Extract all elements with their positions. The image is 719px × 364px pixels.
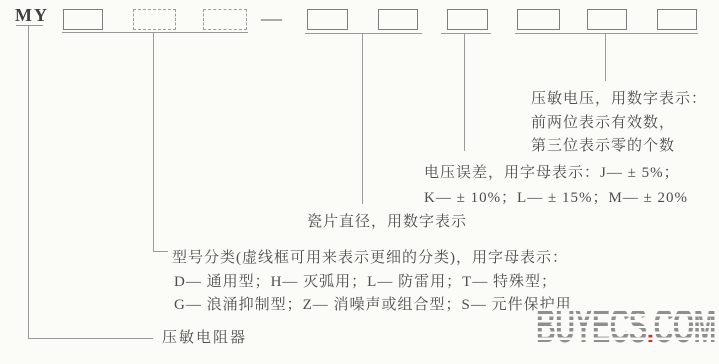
box-diameter-digit-2 <box>378 9 418 30</box>
connector-diameter-vertical <box>362 33 363 204</box>
box-diameter-digit-1 <box>307 9 348 30</box>
box-voltage-digit-3 <box>657 9 697 30</box>
box-subtype-a <box>133 9 176 30</box>
model-prefix-label: MY <box>15 5 49 26</box>
note-type-class-line2: D— 通用型；H— 灭弧用；L— 防雷用；T— 特殊型； <box>174 274 557 291</box>
connector-product-name-horizontal <box>28 338 153 339</box>
connector-type-vertical <box>153 32 154 251</box>
note-type-class-line1: 型号分类(虚线框可用来表示更细的分类)，用字母表示： <box>172 250 568 267</box>
watermark-text-right: COM <box>654 300 716 353</box>
connector-product-name-vertical <box>28 25 29 339</box>
box-subtype-b <box>203 9 247 30</box>
connector-tolerance-vertical <box>464 33 465 151</box>
box-tolerance-letter <box>447 9 488 30</box>
watermark: BUYECS.COM <box>536 305 716 351</box>
separator-dash: — <box>261 6 282 31</box>
group-underline-voltage <box>515 33 698 34</box>
connector-type-elbow <box>153 251 168 252</box>
connector-voltage-vertical <box>605 33 606 81</box>
note-voltage-tolerance-line2: K— ± 10%；L— ± 15%；M— ± 20% <box>424 190 688 207</box>
note-type-class-line3: G— 浪涌抑制型；Z— 消噪声或组合型；S— 元件保护用 <box>174 297 572 314</box>
varistor-naming-diagram: MY — 压敏电压，用数字表示： 前两位表示有效数， 第三位表示零的个数 电压误… <box>0 0 719 364</box>
group-underline-diameter <box>305 33 422 34</box>
product-name-label: 压敏电阻器 <box>162 330 247 347</box>
note-voltage-tolerance-line1: 电压误差，用字母表示：J— ± 5%； <box>424 165 680 182</box>
note-varistor-voltage-line3: 第三位表示零的个数 <box>531 138 675 155</box>
group-underline-tolerance <box>441 33 491 34</box>
model-prefix-underline <box>16 25 43 26</box>
note-varistor-voltage-line2: 前两位表示有效数， <box>531 115 675 132</box>
note-disc-diameter: 瓷片直径，用数字表示 <box>307 214 467 231</box>
box-voltage-digit-1 <box>517 9 560 30</box>
note-varistor-voltage-line1: 压敏电压，用数字表示： <box>531 91 707 108</box>
watermark-text-left: BUYECS <box>536 300 647 353</box>
group-underline-type <box>62 32 248 33</box>
box-voltage-digit-2 <box>587 9 627 30</box>
box-type-letter <box>63 9 103 30</box>
